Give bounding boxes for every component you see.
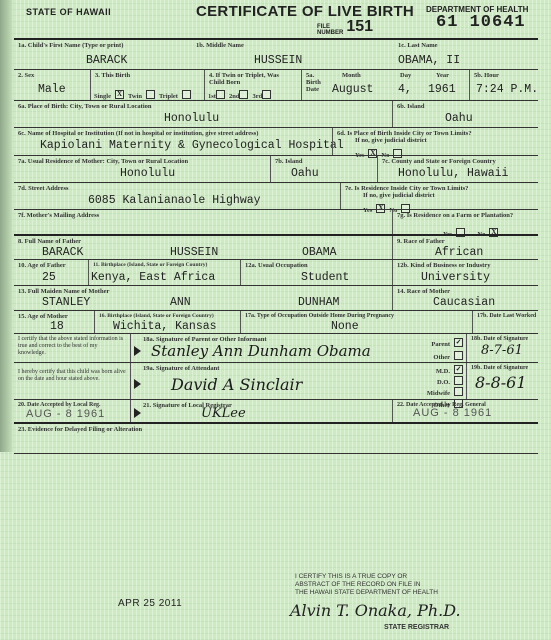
do-checkbox	[454, 376, 463, 385]
file-number: FILENUMBER151	[317, 18, 373, 36]
child-middle-name: HUSSEIN	[254, 54, 302, 67]
row-hospital: 6c. Name of Hospital or Institution (If …	[14, 127, 538, 155]
mother-age: 18	[50, 320, 64, 333]
row-birth-details: 2. Sex Male 3. This Birth Single X Twin …	[14, 69, 538, 100]
birth-certificate-form: STATE OF HAWAII CERTIFICATE OF LIVE BIRT…	[14, 0, 538, 452]
row-child-name: 1a. Child's First Name (Type or print) 1…	[14, 38, 538, 70]
residence-street: 6085 Kalanianaole Highway	[88, 194, 261, 207]
row-street: 7d. Street Address 6085 Kalanianaole Hig…	[14, 182, 538, 209]
father-middle-name: HUSSEIN	[170, 246, 218, 259]
certification-statement: I CERTIFY THIS IS A TRUE COPY OR ABSTRAC…	[295, 573, 438, 597]
mother-race: Caucasian	[433, 296, 495, 309]
state-label: STATE OF HAWAII	[26, 7, 111, 17]
parent-checkbox: ✓	[454, 338, 463, 347]
birth-city: Honolulu	[164, 112, 219, 125]
arrow-icon	[134, 346, 141, 356]
midwife-checkbox	[454, 387, 463, 396]
residence-city: Honolulu	[120, 167, 175, 180]
attendant-date: 8-8-61	[475, 373, 527, 392]
md-checkbox: ✓	[454, 365, 463, 374]
row-father-details: 10. Age of Father 25 11. Birthplace (Isl…	[14, 259, 538, 285]
birth-year: 1961	[428, 83, 456, 96]
row-mailing: 7f. Mother's Mailing Address 7g. Is Resi…	[14, 209, 538, 234]
certificate-title: CERTIFICATE OF LIVE BIRTH	[196, 3, 414, 20]
page-edge-shadow	[0, 0, 14, 452]
child-last-name: OBAMA, II	[398, 54, 460, 67]
row-evidence: 23. Evidence for Delayed Filing or Alter…	[14, 422, 538, 454]
certification-stamp-date: APR 25 2011	[118, 598, 182, 609]
row-father-name: 8. Full Name of Father BARACK HUSSEIN OB…	[14, 234, 538, 260]
father-business: University	[421, 271, 490, 284]
mother-middle-name: ANN	[170, 296, 191, 309]
certificate-number: 61 10641	[436, 13, 526, 32]
informant-date: 8-7-61	[481, 343, 523, 358]
born-first-checkbox	[216, 90, 225, 99]
twin-checkbox	[146, 90, 155, 99]
hospital-name: Kapiolani Maternity & Gynecological Hosp…	[40, 139, 344, 152]
arrow-icon	[134, 379, 141, 389]
registrar-general-date: AUG - 8 1961	[413, 407, 492, 419]
attendant-signature: David A Sinclair	[171, 375, 302, 394]
other-informant-checkbox	[454, 351, 463, 360]
residence-island: Oahu	[291, 167, 319, 180]
mother-first-name: STANLEY	[42, 296, 90, 309]
birth-month: August	[332, 83, 373, 96]
father-last-name: OBAMA	[302, 246, 337, 259]
triplet-checkbox	[182, 90, 191, 99]
row-place-of-birth: 6a. Place of Birth: City, Town or Rural …	[14, 100, 538, 127]
father-first-name: BARACK	[42, 246, 83, 259]
father-race: African	[435, 246, 483, 259]
row-informant: I certify that the above stated informat…	[14, 333, 538, 362]
file-number-value: 151	[346, 18, 373, 35]
mother-occupation: None	[331, 320, 359, 333]
informant-signature: Stanley Ann Dunham Obama	[151, 342, 371, 360]
residence-county: Honolulu, Hawaii	[398, 167, 508, 180]
father-birthplace: Kenya, East Africa	[91, 271, 215, 284]
state-registrar-signature: Alvin T. Onaka, Ph.D.	[290, 601, 461, 620]
child-first-name: BARACK	[86, 54, 127, 67]
father-age: 25	[42, 271, 56, 284]
local-registrar-signature: UKLee	[201, 406, 246, 421]
arrow-icon	[134, 408, 141, 418]
row-registration: 20. Date Accepted by Local Reg. AUG - 8 …	[14, 399, 538, 422]
mother-last-name: DUNHAM	[298, 296, 339, 309]
row-residence: 7a. Usual Residence of Mother: City, Tow…	[14, 155, 538, 182]
row-attendant: I hereby certify that this child was bor…	[14, 362, 538, 399]
born-third-checkbox	[262, 90, 271, 99]
local-registrar-date: AUG - 8 1961	[26, 408, 105, 420]
father-occupation: Student	[301, 271, 349, 284]
birth-day: 4,	[398, 83, 412, 96]
state-registrar-title: STATE REGISTRAR	[384, 624, 449, 631]
single-checkbox: X	[115, 90, 124, 99]
row-mother-details: 15. Age of Mother 18 16. Birthplace (Isl…	[14, 310, 538, 333]
mother-birthplace: Wichita, Kansas	[113, 320, 217, 333]
birth-hour: 7:24 P.M.	[476, 83, 538, 96]
born-second-checkbox	[239, 90, 248, 99]
row-mother-name: 13. Full Maiden Name of Mother STANLEY A…	[14, 285, 538, 310]
birth-island: Oahu	[445, 112, 473, 125]
child-sex: Male	[38, 83, 66, 96]
